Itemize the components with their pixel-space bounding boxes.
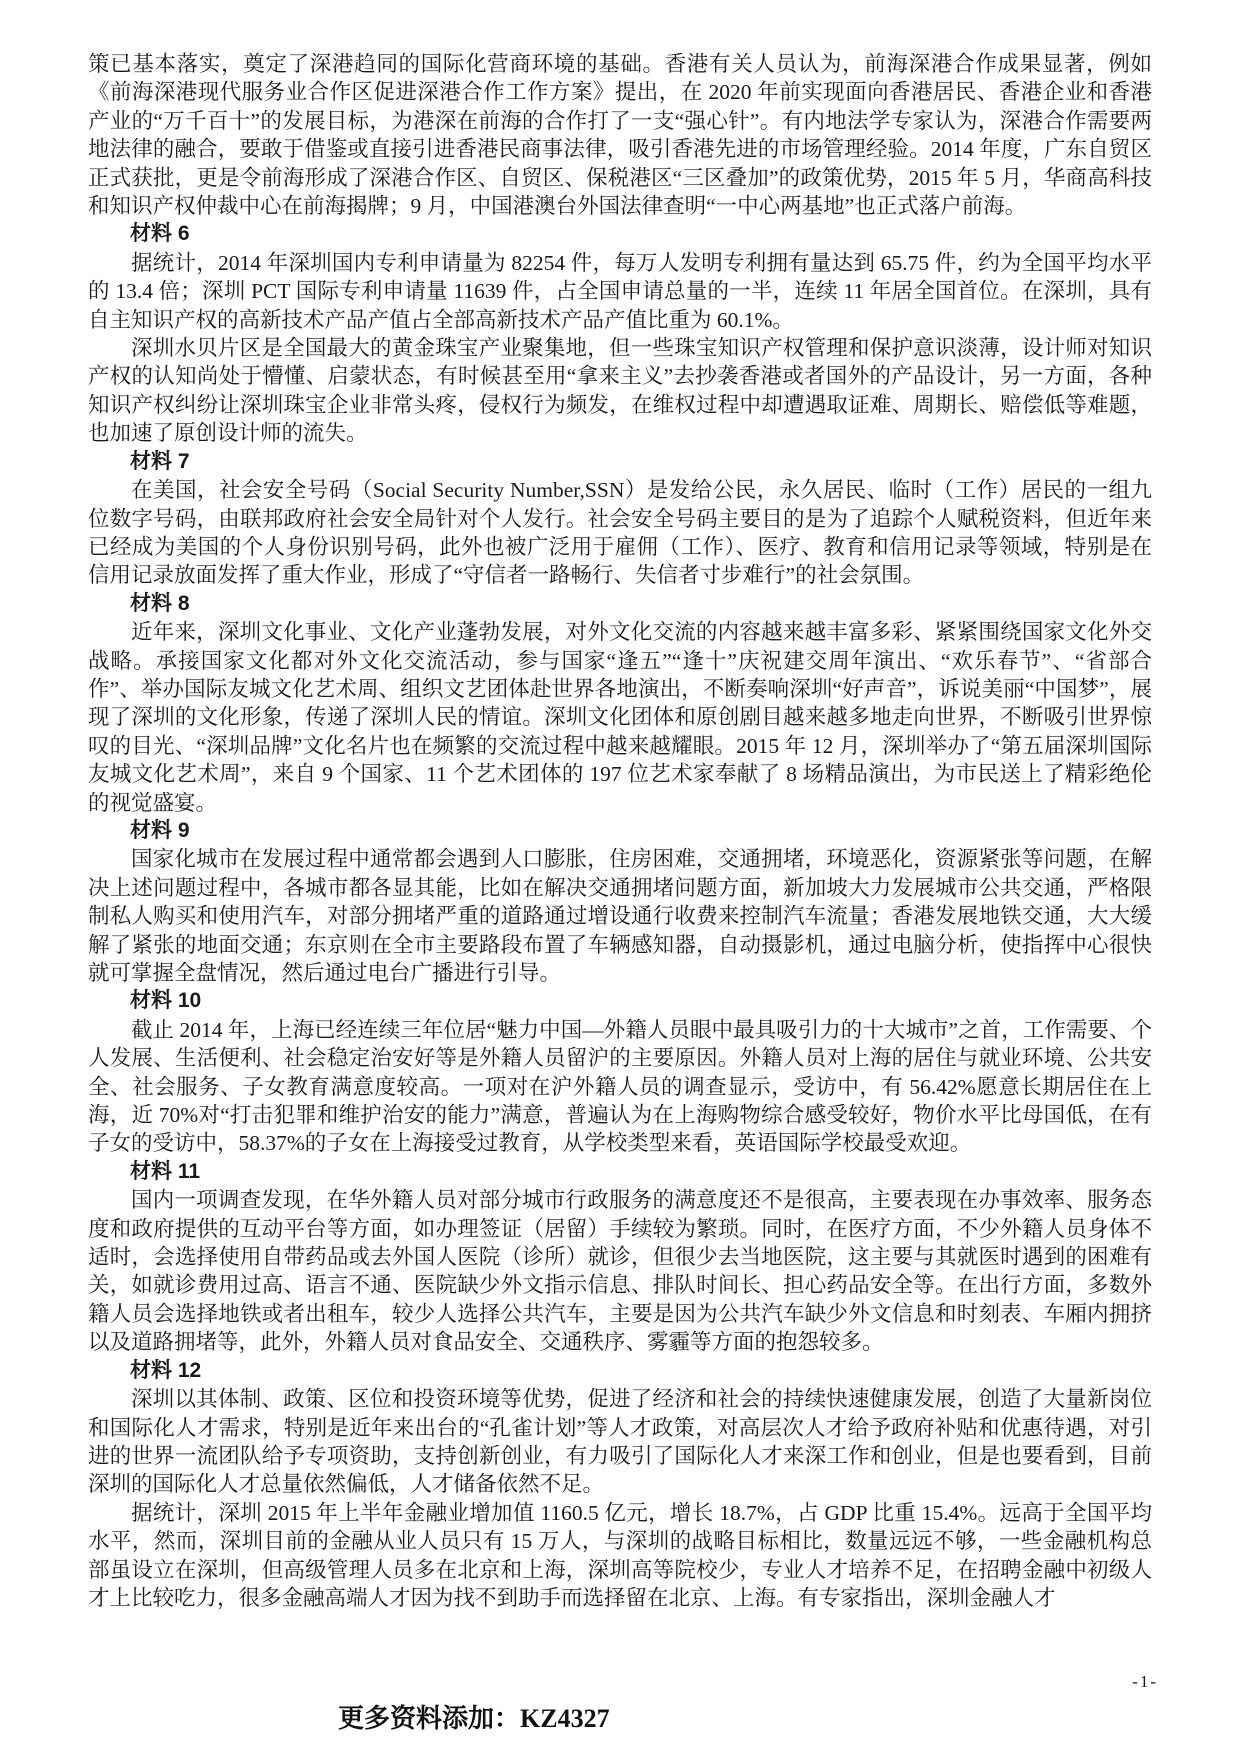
material-heading: 材料 6: [88, 220, 1152, 248]
paragraph: 国内一项调查发现，在华外籍人员对部分城市行政服务的满意度还不是很高，主要表现在办…: [88, 1186, 1152, 1356]
paragraph: 据统计，2014 年深圳国内专利申请量为 82254 件，每万人发明专利拥有量达…: [88, 249, 1152, 334]
material-heading: 材料 9: [88, 817, 1152, 845]
paragraph: 近年来，深圳文化事业、文化产业蓬勃发展，对外文化交流的内容越来越丰富多彩、紧紧围…: [88, 618, 1152, 817]
paragraph: 深圳水贝片区是全国最大的黄金珠宝产业聚集地，但一些珠宝知识产权管理和保护意识淡薄…: [88, 334, 1152, 448]
paragraph: 据统计，深圳 2015 年上半年金融业增加值 1160.5 亿元，增长 18.7…: [88, 1499, 1152, 1613]
document-body: 策已基本落实，奠定了深港趋同的国际化营商环境的基础。香港有关人员认为，前海深港合…: [88, 50, 1152, 1612]
paragraph: 国家化城市在发展过程中通常都会遇到人口膨胀，住房困难，交通拥堵，环境恶化，资源紧…: [88, 845, 1152, 987]
material-heading: 材料 10: [88, 987, 1152, 1015]
paragraph: 策已基本落实，奠定了深港趋同的国际化营商环境的基础。香港有关人员认为，前海深港合…: [88, 50, 1152, 220]
paragraph: 在美国，社会安全号码（Social Security Number,SSN）是发…: [88, 476, 1152, 590]
page-number: -1-: [1132, 1672, 1158, 1692]
footer-watermark: 更多资料添加：KZ4327: [338, 1698, 610, 1735]
material-heading: 材料 12: [88, 1357, 1152, 1385]
paragraph: 深圳以其体制、政策、区位和投资环境等优势，促进了经济和社会的持续快速健康发展，创…: [88, 1385, 1152, 1499]
paragraph: 截止 2014 年，上海已经连续三年位居“魅力中国—外籍人员眼中最具吸引力的十大…: [88, 1016, 1152, 1158]
material-heading: 材料 11: [88, 1158, 1152, 1186]
material-heading: 材料 7: [88, 448, 1152, 476]
material-heading: 材料 8: [88, 590, 1152, 618]
